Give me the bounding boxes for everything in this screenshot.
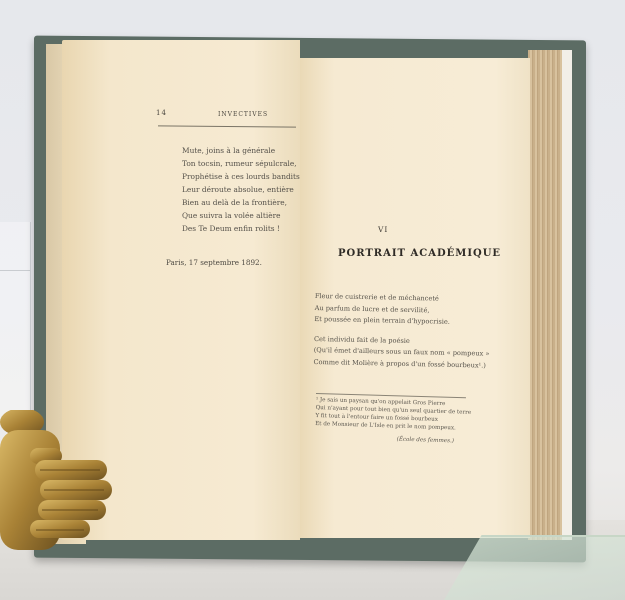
chapter-title: PORTRAIT ACADÉMIQUE: [338, 248, 501, 259]
footnote: ¹ Je sais un paysan qu'on appelait Gros …: [315, 396, 476, 446]
book-photo-scene: 14 INVECTIVES Mute, joins à la générale …: [0, 0, 625, 600]
verse-line: Ton tocsin, rumeur sépulcrale,: [182, 157, 292, 170]
running-title: INVECTIVES: [218, 111, 268, 118]
page-number: 14: [156, 109, 167, 117]
verse-line: Leur déroute absolue, entière: [182, 183, 292, 196]
right-page-edges: [528, 50, 564, 540]
endpaper-edge: [562, 50, 572, 540]
acrylic-stand: [0, 222, 31, 422]
right-verse: Fleur de cuistrerie et de méchanceté Au …: [313, 291, 475, 371]
verse-line: Bien au delà de la frontière,: [182, 196, 292, 209]
verse-line: Prophétise à ces lourds bandits: [182, 170, 292, 183]
chapter-number: VI: [378, 225, 388, 234]
verse-line: Que suivra la volée altière: [182, 209, 292, 222]
verse-line: Mute, joins à la générale: [182, 144, 292, 157]
dateline: Paris, 17 septembre 1892.: [166, 258, 262, 267]
verse-line: Des Te Deum enfin rolits !: [182, 222, 292, 235]
brass-hand-bookend: [0, 410, 115, 560]
left-verse: Mute, joins à la générale Ton tocsin, ru…: [182, 144, 292, 235]
